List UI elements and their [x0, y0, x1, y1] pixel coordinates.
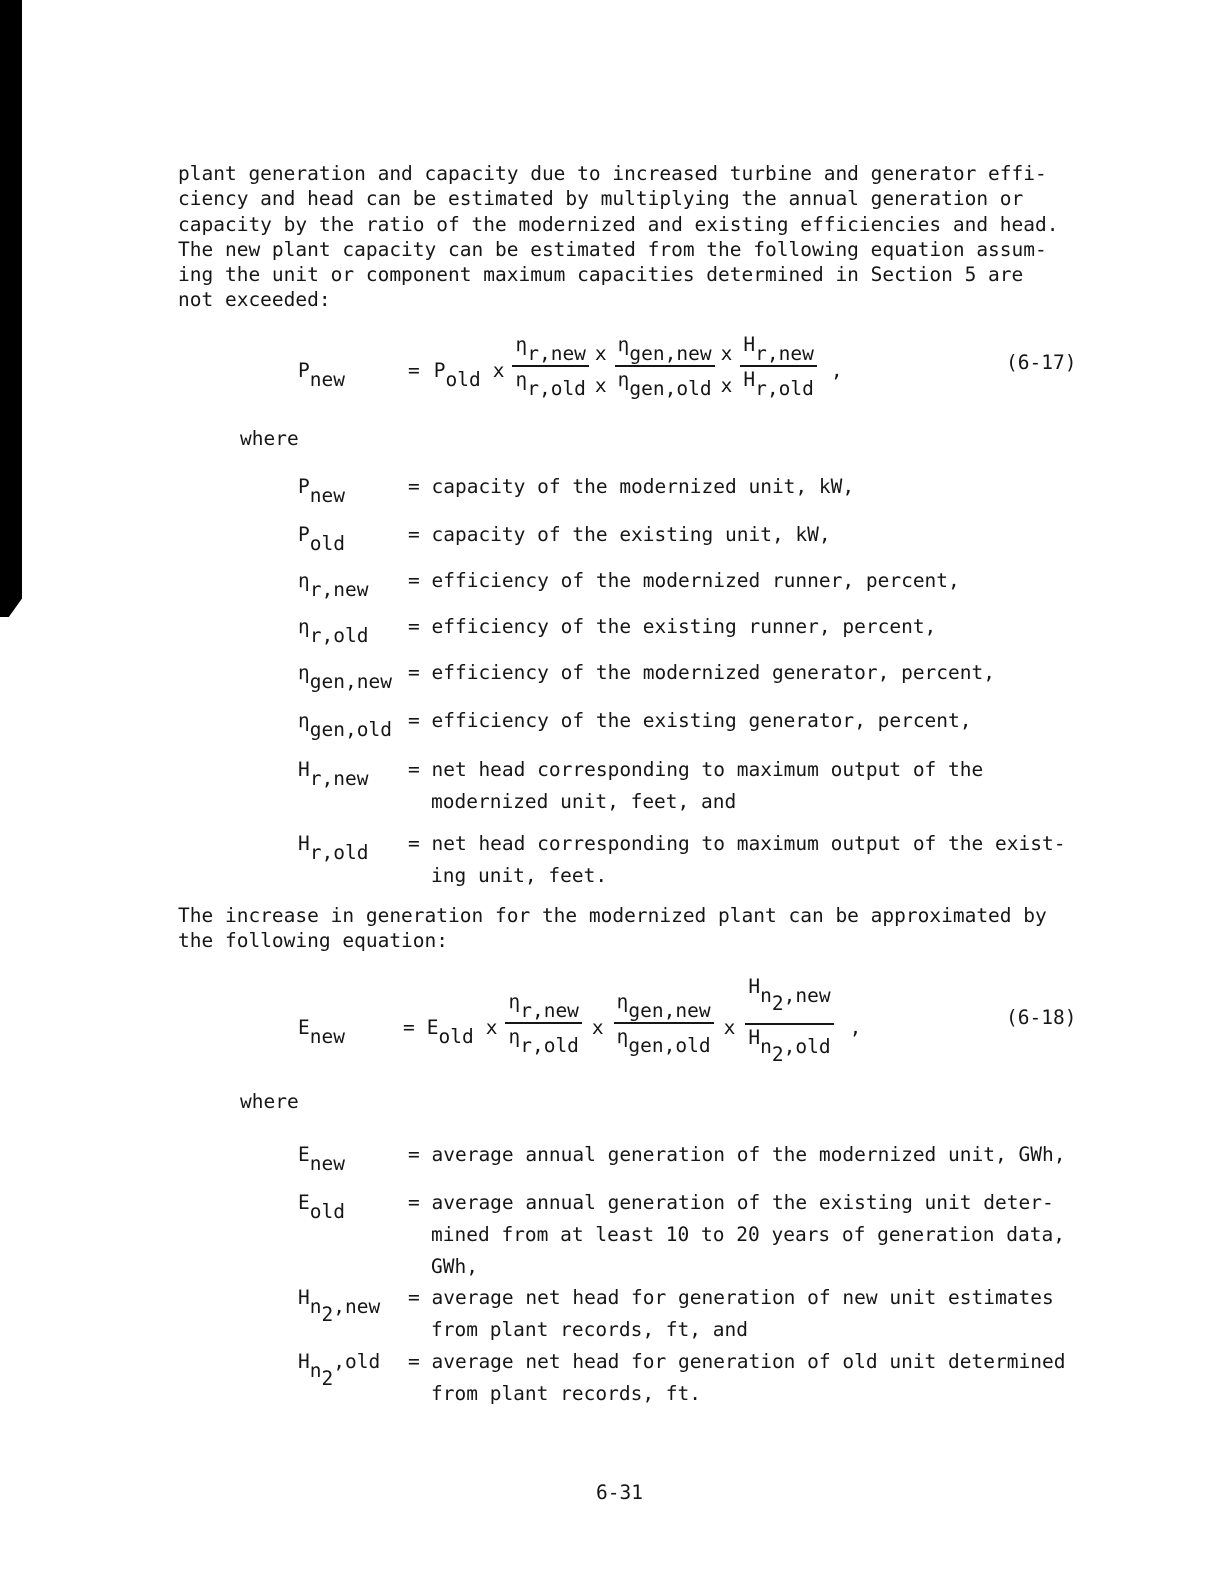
- eq1-fraction-head: Hr,new Hr,old: [740, 335, 816, 402]
- definition-text: = average net head for generation of new…: [408, 1282, 1054, 1346]
- symbol: Hn2,old: [298, 1346, 408, 1378]
- eq1-fraction-runner: ηr,new ηr,old: [512, 335, 588, 402]
- eq2-multiply-sign: x: [724, 1018, 736, 1038]
- definition-text: = efficiency of the existing generator, …: [408, 705, 972, 737]
- where-label: where: [240, 426, 299, 451]
- symbol: ηgen,new: [298, 657, 408, 689]
- page-number: 6-31: [596, 1480, 643, 1505]
- definition-text: = efficiency of the existing runner, per…: [408, 611, 936, 643]
- definition-row: ηgen,new = efficiency of the modernized …: [298, 657, 995, 689]
- definition-text: = net head corresponding to maximum outp…: [408, 754, 983, 818]
- symbol: Eold: [298, 1187, 408, 1219]
- definition-text: = average net head for generation of old…: [408, 1346, 1065, 1410]
- definition-row: Pold = capacity of the existing unit, kW…: [298, 519, 831, 551]
- definition-text: = efficiency of the modernized runner, p…: [408, 565, 960, 597]
- eq2-trailing-comma: ,: [850, 1018, 862, 1038]
- symbol: ηr,old: [298, 611, 408, 643]
- definition-row: Eold = average annual generation of the …: [298, 1187, 1065, 1283]
- scan-edge-artifact: [0, 0, 22, 617]
- eq2-rhs-base: Eold: [427, 1018, 474, 1038]
- definition-row: ηr,old = efficiency of the existing runn…: [298, 611, 936, 643]
- eq1-multiply-signs-column: xx: [595, 330, 607, 406]
- definition-text: = efficiency of the modernized generator…: [408, 657, 995, 689]
- eq2-lhs: Enew: [298, 1018, 345, 1038]
- definition-text: = average annual generation of the moder…: [408, 1139, 1065, 1171]
- symbol: ηgen,old: [298, 705, 408, 737]
- eq1-lhs: Pnew: [298, 361, 345, 381]
- eq2-fraction-runner: ηr,new ηr,old: [505, 992, 581, 1059]
- eq2-fraction-head: Hn2,new Hn2,old: [745, 977, 833, 1074]
- eq1-multiply-signs-column: xx: [721, 330, 733, 406]
- definition-row: Hn2,old = average net head for generatio…: [298, 1346, 1065, 1410]
- equation-number-6-17: (6-17): [1006, 353, 1076, 373]
- symbol: Pold: [298, 519, 408, 551]
- eq1-fraction-generator: ηgen,new ηgen,old: [615, 335, 715, 402]
- equation-6-17: Pnew = Pold x ηr,new ηr,old xx ηgen,new …: [298, 330, 843, 406]
- document-page: plant generation and capacity due to inc…: [0, 0, 1224, 1583]
- definition-row: Hn2,new = average net head for generatio…: [298, 1282, 1054, 1346]
- definition-row: Hr,new = net head corresponding to maxim…: [298, 754, 983, 818]
- eq2-fraction-generator: ηgen,new ηgen,old: [614, 992, 714, 1059]
- symbol: Hn2,new: [298, 1282, 408, 1314]
- definition-row: Hr,old = net head corresponding to maxim…: [298, 828, 1065, 892]
- symbol: ηr,new: [298, 565, 408, 597]
- symbol: Pnew: [298, 471, 408, 503]
- eq1-trailing-comma: ,: [831, 361, 843, 381]
- symbol: Hr,old: [298, 828, 408, 860]
- definition-text: = capacity of the modernized unit, kW,: [408, 471, 854, 503]
- symbol: Enew: [298, 1139, 408, 1171]
- eq1-multiply-sign: x: [493, 361, 505, 381]
- eq2-multiply-sign: x: [486, 1018, 498, 1038]
- eq2-multiply-sign: x: [592, 1018, 604, 1038]
- definition-text: = average annual generation of the exist…: [408, 1187, 1065, 1283]
- definition-row: ηr,new = efficiency of the modernized ru…: [298, 565, 960, 597]
- eq1-rhs-base: Pold: [434, 361, 481, 381]
- where-label: where: [240, 1089, 299, 1114]
- eq1-equals-sign: =: [408, 361, 420, 381]
- equation-number-6-18: (6-18): [1006, 1008, 1076, 1028]
- definition-row: Pnew = capacity of the modernized unit, …: [298, 471, 854, 503]
- definition-row: ηgen,old = efficiency of the existing ge…: [298, 705, 972, 737]
- equation-6-18: Enew = Eold x ηr,new ηr,old x ηgen,new η…: [298, 983, 861, 1067]
- definition-text: = net head corresponding to maximum outp…: [408, 828, 1065, 892]
- definition-row: Enew = average annual generation of the …: [298, 1139, 1065, 1171]
- definition-text: = capacity of the existing unit, kW,: [408, 519, 831, 551]
- symbol: Hr,new: [298, 754, 408, 786]
- middle-paragraph: The increase in generation for the moder…: [178, 903, 1047, 954]
- intro-paragraph: plant generation and capacity due to inc…: [178, 161, 1059, 313]
- eq2-equals-sign: =: [403, 1018, 415, 1038]
